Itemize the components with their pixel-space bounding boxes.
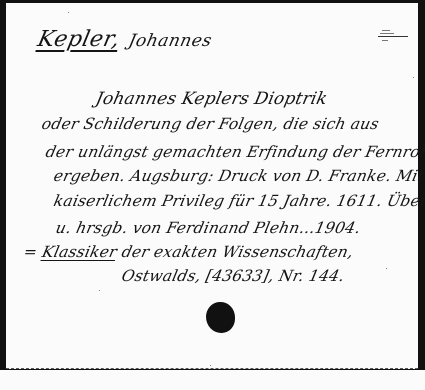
scan-speck — [210, 365, 211, 366]
series-line: = Klassiker der exakten Wissenschaften, — [22, 243, 355, 261]
corner-stamp-mark — [378, 28, 408, 42]
title-line-2: oder Schilderung der Folgen, die sich au… — [40, 115, 381, 133]
catalog-card: Kepler, Johannes Johannes Keplers Dioptr… — [6, 3, 418, 369]
editor-line: u. hrsgb. von Ferdinand Plehn...1904. — [54, 219, 362, 237]
scan-speck — [413, 77, 414, 78]
punch-hole — [206, 302, 235, 333]
scan-speck — [99, 290, 100, 291]
card-heading: Kepler, Johannes — [35, 27, 214, 52]
author-surname: Kepler, — [35, 27, 122, 52]
series-name-rest: der exakten Wissenschaften, — [120, 243, 355, 261]
series-name: Klassiker — [40, 243, 118, 261]
scanned-card-image: Kepler, Johannes Johannes Keplers Dioptr… — [0, 0, 425, 390]
privilege-line: kaiserlichem Privileg für 15 Jahre. 1611… — [52, 192, 425, 210]
series-detail-line: Ostwalds, [43633], Nr. 144. — [120, 267, 346, 285]
imprint-line: ergeben. Augsburg: Druck von D. Franke. … — [52, 167, 425, 185]
series-prefix: = — [22, 243, 39, 261]
scan-speck — [68, 12, 69, 13]
author-given-name: Johannes — [127, 31, 214, 51]
scan-speck — [386, 268, 387, 269]
title-line-3: der unlängst gemachten Erfindung der Fer… — [44, 143, 425, 161]
title-line-1: Johannes Keplers Dioptrik — [94, 89, 329, 109]
